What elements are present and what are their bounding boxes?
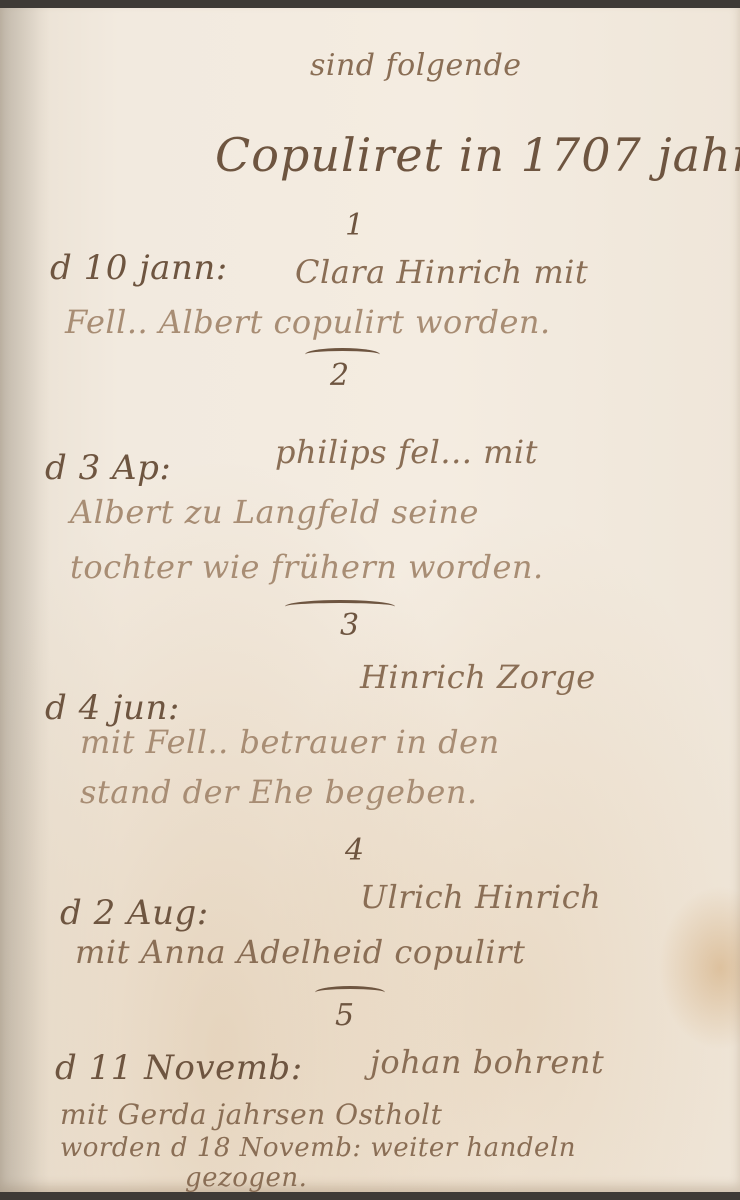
entry-4-date: d 2 Aug: — [60, 893, 209, 933]
entry-4-number: 4 — [345, 833, 365, 868]
entry-1-line-2: Fell.. Albert copulirt worden. — [65, 303, 551, 341]
entry-2-date: d 3 Ap: — [45, 448, 171, 488]
entry-2-line-1: philips fel... mit — [275, 433, 538, 471]
entry-1-line-1: Clara Hinrich mit — [295, 253, 588, 291]
entry-2-line-2: Albert zu Langfeld seine — [70, 493, 479, 531]
heading-line-1: sind folgende — [310, 48, 522, 83]
entry-5-line-2: mit Gerda jahrsen Ostholt — [60, 1098, 442, 1131]
entry-2-line-3: tochter wie frühern worden. — [70, 548, 544, 586]
entry-1-date: d 10 jann: — [50, 248, 228, 288]
entry-2-number: 2 — [330, 358, 350, 393]
entry-5-line-1: johan bohrent — [370, 1043, 604, 1081]
entry-5-date: d 11 Novemb: — [55, 1048, 303, 1088]
entry-3-line-2: mit Fell.. betrauer in den — [80, 723, 500, 761]
entry-5-number: 5 — [335, 998, 355, 1033]
entry-4-line-1: Ulrich Hinrich — [360, 878, 601, 916]
heading-line-2: Copuliret in 1707 jahre — [215, 128, 740, 182]
entry-3-date: d 4 jun: — [45, 688, 180, 728]
entry-5-line-3: worden d 18 Novemb: weiter handeln — [60, 1133, 576, 1163]
entry-3-number: 3 — [340, 608, 360, 643]
entry-3-line-1: Hinrich Zorge — [360, 658, 596, 696]
entry-5-line-4: gezogen. — [185, 1163, 307, 1193]
manuscript-page: sind folgende Copuliret in 1707 jahre 1 … — [0, 8, 740, 1192]
entry-4-line-2: mit Anna Adelheid copulirt — [75, 933, 525, 971]
entry-3-line-3: stand der Ehe begeben. — [80, 773, 478, 811]
entry-1-number: 1 — [345, 208, 365, 243]
